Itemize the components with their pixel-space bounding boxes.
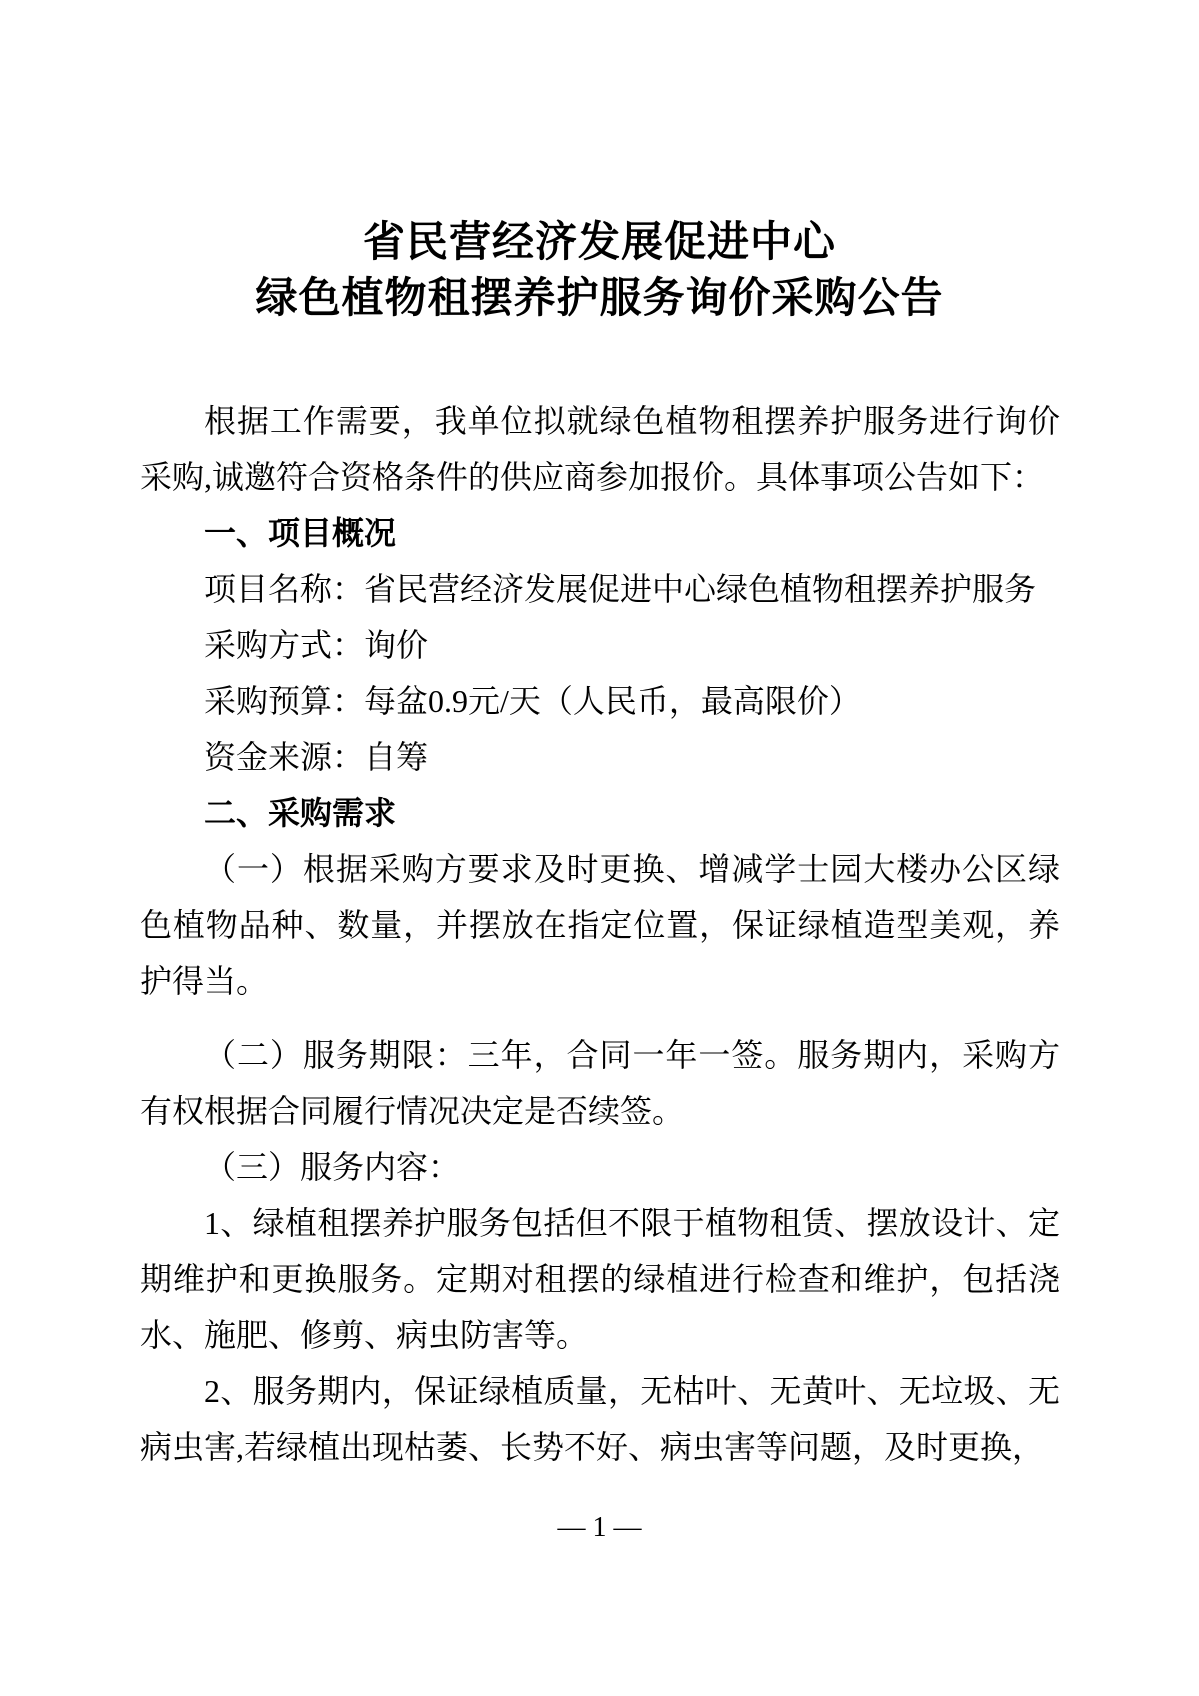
document-body: 根据工作需要，我单位拟就绿色植物租摆养护服务进行询价采购,诚邀符合资格条件的供应… bbox=[140, 393, 1060, 1475]
document-page: 省民营经济发展促进中心 绿色植物租摆养护服务询价采购公告 根据工作需要，我单位拟… bbox=[0, 0, 1199, 1696]
project-name-line: 项目名称：省民营经济发展促进中心绿色植物租摆养护服务 bbox=[140, 561, 1060, 617]
requirement-item-1: （一）根据采购方要求及时更换、增减学士园大楼办公区绿色植物品种、数量，并摆放在指… bbox=[140, 841, 1060, 1009]
service-content-item-2: 2、服务期内，保证绿植质量，无枯叶、无黄叶、无垃圾、无病虫害,若绿植出现枯萎、长… bbox=[140, 1363, 1060, 1475]
service-content-item-1: 1、绿植租摆养护服务包括但不限于植物租赁、摆放设计、定期维护和更换服务。定期对租… bbox=[140, 1195, 1060, 1363]
section-1-heading: 一、项目概况 bbox=[140, 505, 1060, 561]
document-title-line1: 省民营经济发展促进中心 bbox=[0, 215, 1199, 271]
procurement-method-line: 采购方式：询价 bbox=[140, 617, 1060, 673]
document-title: 省民营经济发展促进中心 绿色植物租摆养护服务询价采购公告 bbox=[0, 0, 1199, 327]
requirement-item-3-service-content: （三）服务内容： bbox=[140, 1139, 1060, 1195]
procurement-budget-line: 采购预算：每盆0.9元/天（人民币，最高限价） bbox=[140, 673, 1060, 729]
document-title-line2: 绿色植物租摆养护服务询价采购公告 bbox=[0, 271, 1199, 327]
requirement-item-2: （二）服务期限：三年，合同一年一签。服务期内，采购方有权根据合同履行情况决定是否… bbox=[140, 1027, 1060, 1139]
section-2-heading: 二、采购需求 bbox=[140, 785, 1060, 841]
funding-source-line: 资金来源：自筹 bbox=[140, 729, 1060, 785]
page-number: — 1 — bbox=[0, 1512, 1199, 1544]
intro-paragraph: 根据工作需要，我单位拟就绿色植物租摆养护服务进行询价采购,诚邀符合资格条件的供应… bbox=[140, 393, 1060, 505]
